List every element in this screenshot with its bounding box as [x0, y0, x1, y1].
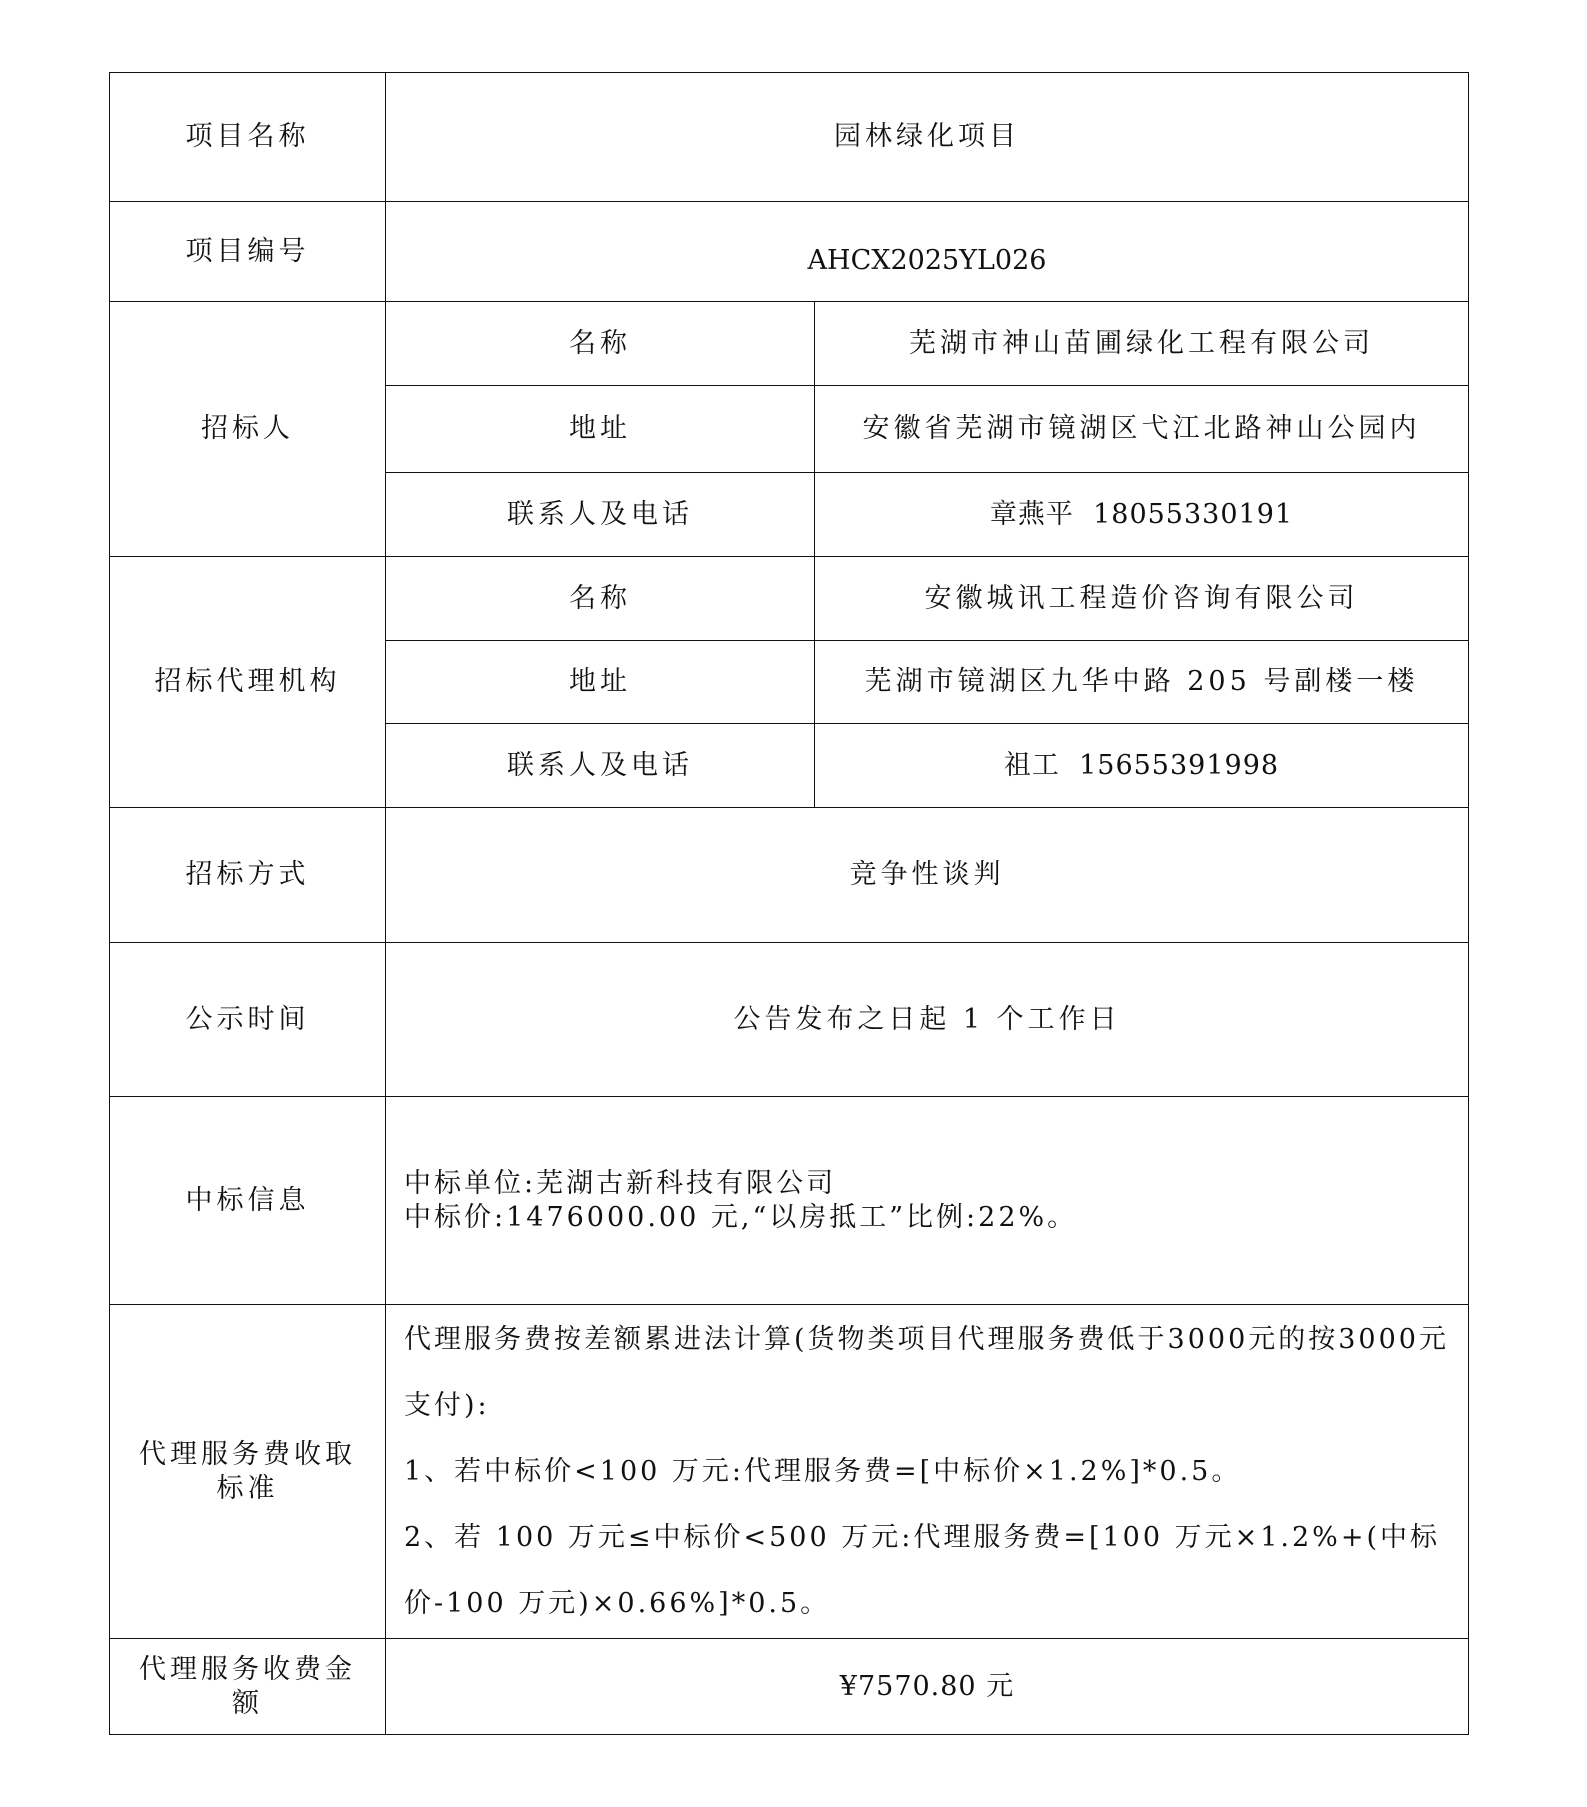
agency-address-value: 芜湖市镜湖区九华中路 205 号副楼一楼	[815, 641, 1469, 724]
tenderer-address-label: 地址	[386, 386, 815, 473]
winner-label: 中标信息	[110, 1097, 386, 1305]
fee-standard-label: 代理服务费收取标准	[110, 1305, 386, 1639]
agency-name-value: 安徽城讯工程造价咨询有限公司	[815, 557, 1469, 641]
winner-info: 中标单位:芜湖古新科技有限公司 中标价:1476000.00 元,“以房抵工”比…	[386, 1097, 1469, 1305]
tenderer-contact-label: 联系人及电话	[386, 473, 815, 557]
row-fee-standard: 代理服务费收取标准 代理服务费按差额累进法计算(货物类项目代理服务费低于3000…	[110, 1305, 1469, 1639]
publicity-label: 公示时间	[110, 943, 386, 1097]
agency-name-label: 名称	[386, 557, 815, 641]
fee-rule-2: 2、若 100 万元≤中标价<500 万元:代理服务费=[100 万元×1.2%…	[404, 1505, 1458, 1637]
fee-rule-1: 1、若中标价<100 万元:代理服务费=[中标价×1.2%]*0.5。	[404, 1439, 1458, 1505]
row-project-name: 项目名称 园林绿化项目	[110, 73, 1469, 202]
fee-standard-rules: 代理服务费按差额累进法计算(货物类项目代理服务费低于3000元的按3000元支付…	[386, 1305, 1469, 1639]
project-number-value: AHCX2025YL026	[386, 202, 1469, 302]
row-winner: 中标信息 中标单位:芜湖古新科技有限公司 中标价:1476000.00 元,“以…	[110, 1097, 1469, 1305]
tenderer-name-label: 名称	[386, 302, 815, 386]
row-publicity: 公示时间 公告发布之日起 1 个工作日	[110, 943, 1469, 1097]
project-number-label: 项目编号	[110, 202, 386, 302]
row-tenderer-name: 招标人 名称 芜湖市神山苗圃绿化工程有限公司	[110, 302, 1469, 386]
winner-price: 中标价:1476000.00 元,“以房抵工”比例:22%。	[404, 1201, 1458, 1235]
row-agency-name: 招标代理机构 名称 安徽城讯工程造价咨询有限公司	[110, 557, 1469, 641]
agency-address-label: 地址	[386, 641, 815, 724]
tenderer-contact-value: 章燕平 18055330191	[815, 473, 1469, 557]
publicity-value: 公告发布之日起 1 个工作日	[386, 943, 1469, 1097]
project-name-value: 园林绿化项目	[386, 73, 1469, 202]
agency-label: 招标代理机构	[110, 557, 386, 808]
row-fee-amount: 代理服务收费金额 ¥7570.80 元	[110, 1639, 1469, 1735]
fee-rule-intro: 代理服务费按差额累进法计算(货物类项目代理服务费低于3000元的按3000元支付…	[404, 1307, 1458, 1439]
method-value: 竞争性谈判	[386, 808, 1469, 943]
award-info-table: 项目名称 园林绿化项目 项目编号 AHCX2025YL026 招标人 名称 芜湖…	[109, 72, 1469, 1735]
method-label: 招标方式	[110, 808, 386, 943]
tenderer-name-value: 芜湖市神山苗圃绿化工程有限公司	[815, 302, 1469, 386]
project-name-label: 项目名称	[110, 73, 386, 202]
tenderer-label: 招标人	[110, 302, 386, 557]
row-method: 招标方式 竞争性谈判	[110, 808, 1469, 943]
agency-contact-value: 祖工 15655391998	[815, 724, 1469, 808]
tenderer-address-value: 安徽省芜湖市镜湖区弋江北路神山公园内	[815, 386, 1469, 473]
fee-amount-label: 代理服务收费金额	[110, 1639, 386, 1735]
fee-amount-value: ¥7570.80 元	[386, 1639, 1469, 1735]
agency-contact-label: 联系人及电话	[386, 724, 815, 808]
row-project-number: 项目编号 AHCX2025YL026	[110, 202, 1469, 302]
winner-company: 中标单位:芜湖古新科技有限公司	[404, 1167, 1458, 1201]
